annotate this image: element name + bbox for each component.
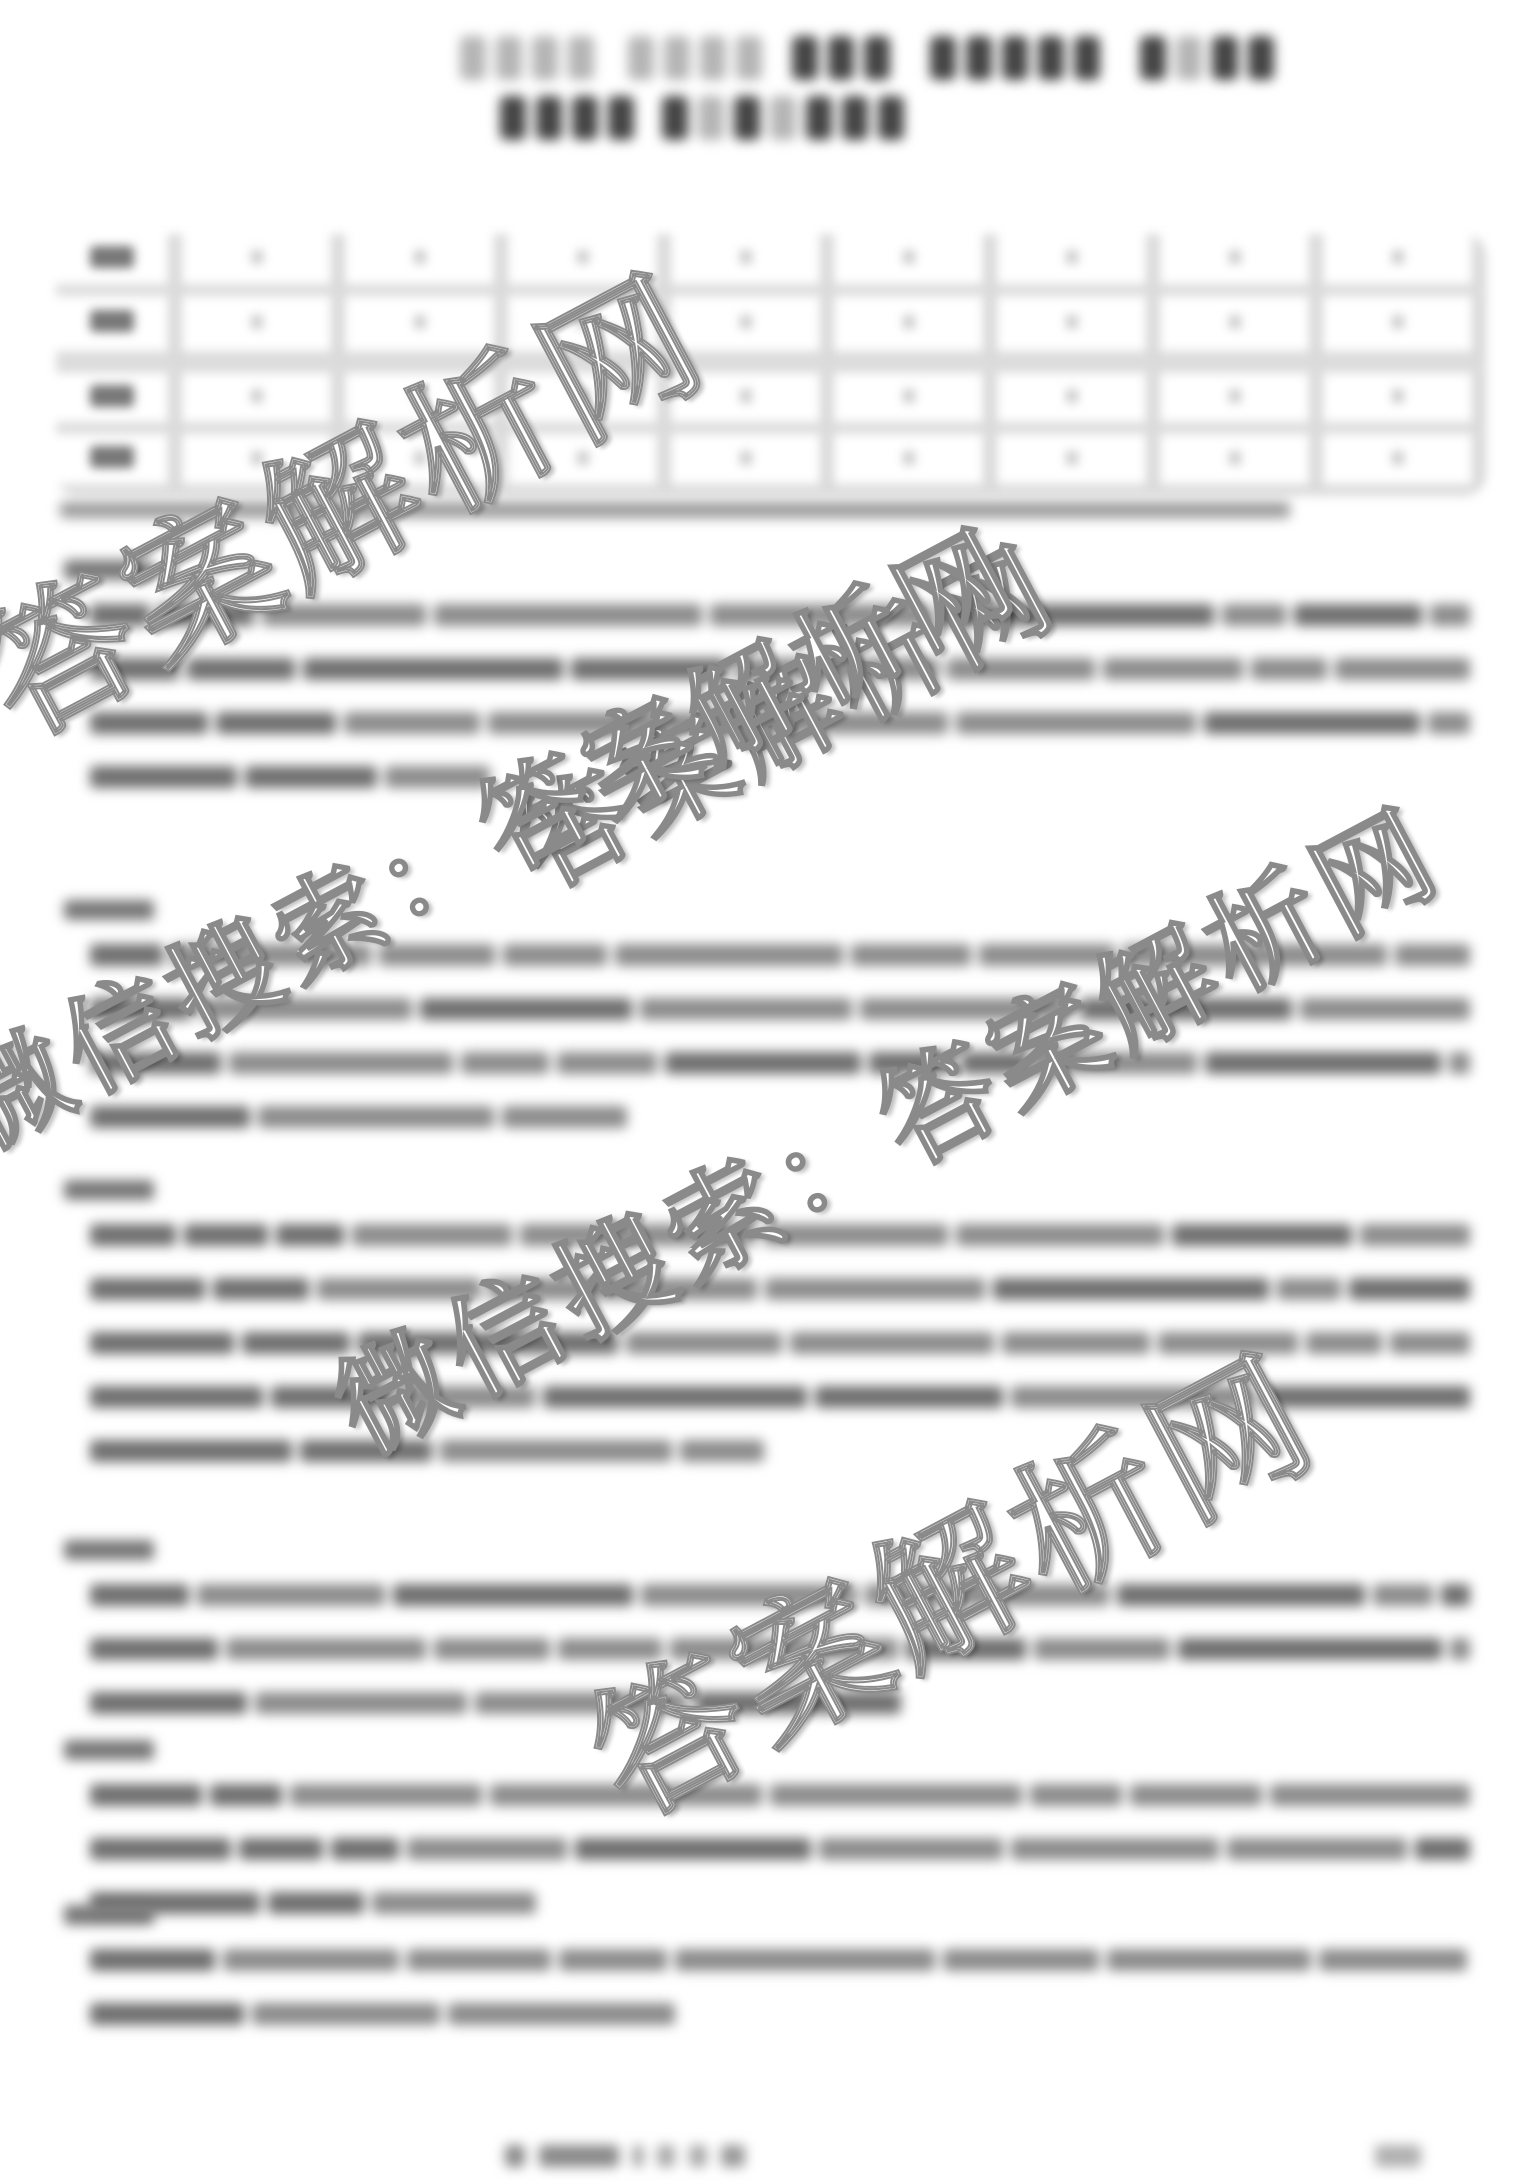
document-title <box>460 28 1460 148</box>
paragraph-line <box>90 1949 1475 1971</box>
section-heading <box>64 560 184 584</box>
paragraph-line <box>90 1052 1478 1074</box>
watermark-site-name-3: 答案解析网 <box>549 1294 1348 1856</box>
paragraph-line <box>90 998 1478 1020</box>
answer-table-cell <box>834 234 997 296</box>
answer-table-cell <box>1160 373 1323 435</box>
paragraph-line <box>90 944 1478 966</box>
section-heading <box>64 1540 184 1564</box>
answer-table-row <box>56 434 1486 496</box>
footer-page-label <box>1375 2145 1421 2171</box>
answer-table-cell <box>345 234 508 296</box>
answer-table-cell <box>508 296 671 373</box>
answer-table-cell <box>1323 296 1486 373</box>
answer-table-cell <box>671 373 834 435</box>
answer-table-cell <box>834 434 997 496</box>
answer-table-row-header <box>56 434 182 496</box>
paragraph-line <box>90 1106 635 1128</box>
paragraph-line <box>90 658 1478 680</box>
answer-table-cell <box>182 373 345 435</box>
answer-table-cell <box>997 234 1160 296</box>
paragraph-line <box>90 1224 1478 1246</box>
answer-table-cell <box>508 373 671 435</box>
paragraph-line <box>90 766 498 788</box>
answer-table-cell <box>671 434 834 496</box>
paragraph-line <box>90 1584 1478 1606</box>
table-note <box>60 502 1290 522</box>
answer-table-cell <box>997 296 1160 373</box>
answer-table-cell <box>1160 296 1323 373</box>
answer-table-cell <box>1323 234 1486 296</box>
answer-table-cell <box>1160 234 1323 296</box>
answer-table-cell <box>508 234 671 296</box>
paragraph-line <box>90 1692 909 1714</box>
answer-table-cell <box>834 296 997 373</box>
answer-table-cell <box>1160 434 1323 496</box>
answer-table-cell <box>345 434 508 496</box>
answer-table-row <box>56 234 1486 296</box>
answer-table-cell <box>1323 434 1486 496</box>
section-heading <box>64 1740 184 1764</box>
answer-table-row <box>56 296 1486 373</box>
paragraph-line <box>90 2003 683 2025</box>
paragraph-line <box>90 1784 1478 1806</box>
paragraph-line <box>90 1440 772 1462</box>
answer-table-row-header <box>56 296 182 373</box>
answer-table-cell <box>508 434 671 496</box>
answer-table-cell <box>182 234 345 296</box>
paragraph-line <box>90 712 1478 734</box>
section-heading <box>64 900 184 924</box>
answer-table-row-header <box>56 373 182 435</box>
answer-table-cell <box>997 434 1160 496</box>
section-heading <box>64 1905 184 1929</box>
title-line-2 <box>500 88 1460 148</box>
watermark-site-name-2: 答案解析网 <box>486 502 1081 918</box>
answer-table-cell <box>834 373 997 435</box>
paragraph-line <box>90 1332 1478 1354</box>
paragraph-line <box>90 1278 1478 1300</box>
answer-table-cell <box>1323 373 1486 435</box>
paragraph-line <box>90 1838 1478 1860</box>
footer-center-text <box>505 2145 745 2167</box>
page-footer <box>0 2145 1536 2175</box>
title-line-1 <box>460 28 1460 88</box>
answer-table-cell <box>345 296 508 373</box>
paragraph-line <box>90 604 1478 626</box>
answer-table-cell <box>182 296 345 373</box>
answer-table-cell <box>671 234 834 296</box>
answer-table-row <box>56 373 1486 435</box>
answer-table-cell <box>345 373 508 435</box>
answer-table-cell <box>997 373 1160 435</box>
paragraph-line <box>90 1386 1478 1408</box>
section-heading <box>64 1180 184 1204</box>
answer-table <box>56 234 1486 496</box>
paragraph-line <box>90 1638 1478 1660</box>
answer-table-cell <box>182 434 345 496</box>
answer-table-cell <box>671 296 834 373</box>
answer-table-row-header <box>56 234 182 296</box>
